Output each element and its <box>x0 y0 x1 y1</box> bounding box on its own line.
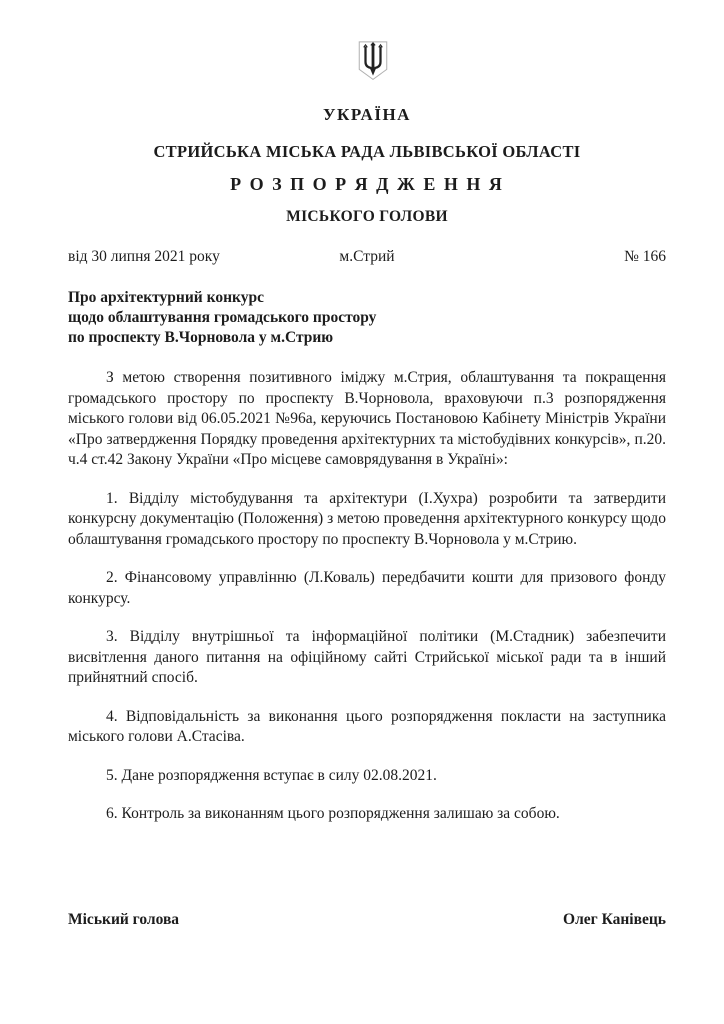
document-header: УКРАЇНА СТРИЙСЬКА МІСЬКА РАДА ЛЬВІВСЬКОЇ… <box>68 40 666 226</box>
organization-name: СТРИЙСЬКА МІСЬКА РАДА ЛЬВІВСЬКОЇ ОБЛАСТІ <box>68 142 666 162</box>
decree-item: 6. Контроль за виконанням цього розпоряд… <box>68 804 666 825</box>
document-subtype: МІСЬКОГО ГОЛОВИ <box>68 208 666 226</box>
subject-line: Про архітектурний конкурс <box>68 288 666 308</box>
decree-item: 4. Відповідальність за виконання цього р… <box>68 707 666 748</box>
subject-block: Про архітектурний конкурс щодо облаштува… <box>68 288 666 348</box>
document-type-title: Р О З П О Р Я Д Ж Е Н Н Я <box>68 174 666 195</box>
decree-item: 2. Фінансовому управлінню (Л.Коваль) пер… <box>68 568 666 609</box>
signatory-name: Олег Канівець <box>563 911 666 929</box>
decree-document-page: УКРАЇНА СТРИЙСЬКА МІСЬКА РАДА ЛЬВІВСЬКОЇ… <box>0 0 724 1024</box>
document-date: від 30 липня 2021 року <box>68 248 267 266</box>
signatory-title: Міський голова <box>68 911 179 929</box>
preamble-paragraph: З метою створення позитивного іміджу м.С… <box>68 368 666 471</box>
document-body: З метою створення позитивного іміджу м.С… <box>68 368 666 825</box>
signature-block: Міський голова Олег Канівець <box>68 911 666 929</box>
subject-line: по проспекту В.Чорновола у м.Стрию <box>68 328 666 348</box>
document-number: № 166 <box>467 248 666 266</box>
decree-item: 5. Дане розпорядження вступає в силу 02.… <box>68 766 666 787</box>
country-name: УКРАЇНА <box>68 105 666 125</box>
decree-item: 1. Відділу містобудування та архітектури… <box>68 489 666 551</box>
date-line: від 30 липня 2021 року м.Стрий № 166 <box>68 248 666 266</box>
subject-line: щодо облаштування громадського простору <box>68 308 666 328</box>
document-city: м.Стрий <box>267 248 466 266</box>
decree-item: 3. Відділу внутрішньої та інформаційної … <box>68 627 666 689</box>
ukraine-trident-coat-of-arms-icon <box>354 40 392 95</box>
